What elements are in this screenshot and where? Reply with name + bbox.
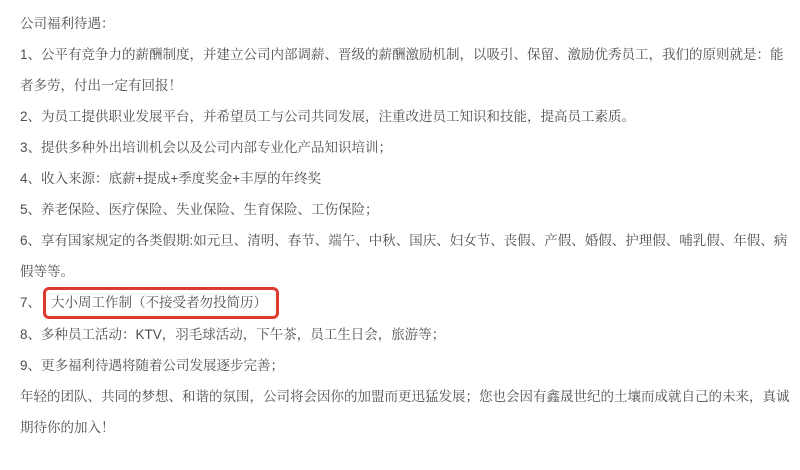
- benefits-document: 公司福利待遇： 1、公平有竞争力的薪酬制度，并建立公司内部调薪、晋级的薪酬激励机…: [0, 0, 800, 443]
- benefit-item-6: 6、享有国家规定的各类假期:如元旦、清明、春节、端午、中秋、国庆、妇女节、丧假、…: [20, 225, 790, 287]
- document-title: 公司福利待遇：: [20, 8, 790, 39]
- benefit-item-7: 7、大小周工作制（不接受者勿投简历）: [20, 287, 790, 319]
- benefit-item-7-number: 7、: [20, 295, 41, 310]
- benefit-item-3: 3、提供多种外出培训机会以及公司内部专业化产品知识培训；: [20, 132, 790, 163]
- benefit-item-5: 5、养老保险、医疗保险、失业保险、生育保险、工伤保险；: [20, 194, 790, 225]
- benefit-item-2: 2、为员工提供职业发展平台，并希望员工与公司共同发展，注重改进员工知识和技能，提…: [20, 101, 790, 132]
- closing-paragraph: 年轻的团队、共同的梦想、和谐的氛围，公司将会因你的加盟而更迅猛发展；您也会因有鑫…: [20, 381, 790, 443]
- benefit-item-1: 1、公平有竞争力的薪酬制度，并建立公司内部调薪、晋级的薪酬激励机制，以吸引、保留…: [20, 39, 790, 101]
- benefit-item-8: 8、多种员工活动：KTV，羽毛球活动，下午茶，员工生日会，旅游等；: [20, 319, 790, 350]
- benefit-item-9: 9、更多福利待遇将随着公司发展逐步完善；: [20, 350, 790, 381]
- highlight-box: 大小周工作制（不接受者勿投简历）: [43, 287, 279, 319]
- benefit-item-4: 4、收入来源：底薪+提成+季度奖金+丰厚的年终奖: [20, 163, 790, 194]
